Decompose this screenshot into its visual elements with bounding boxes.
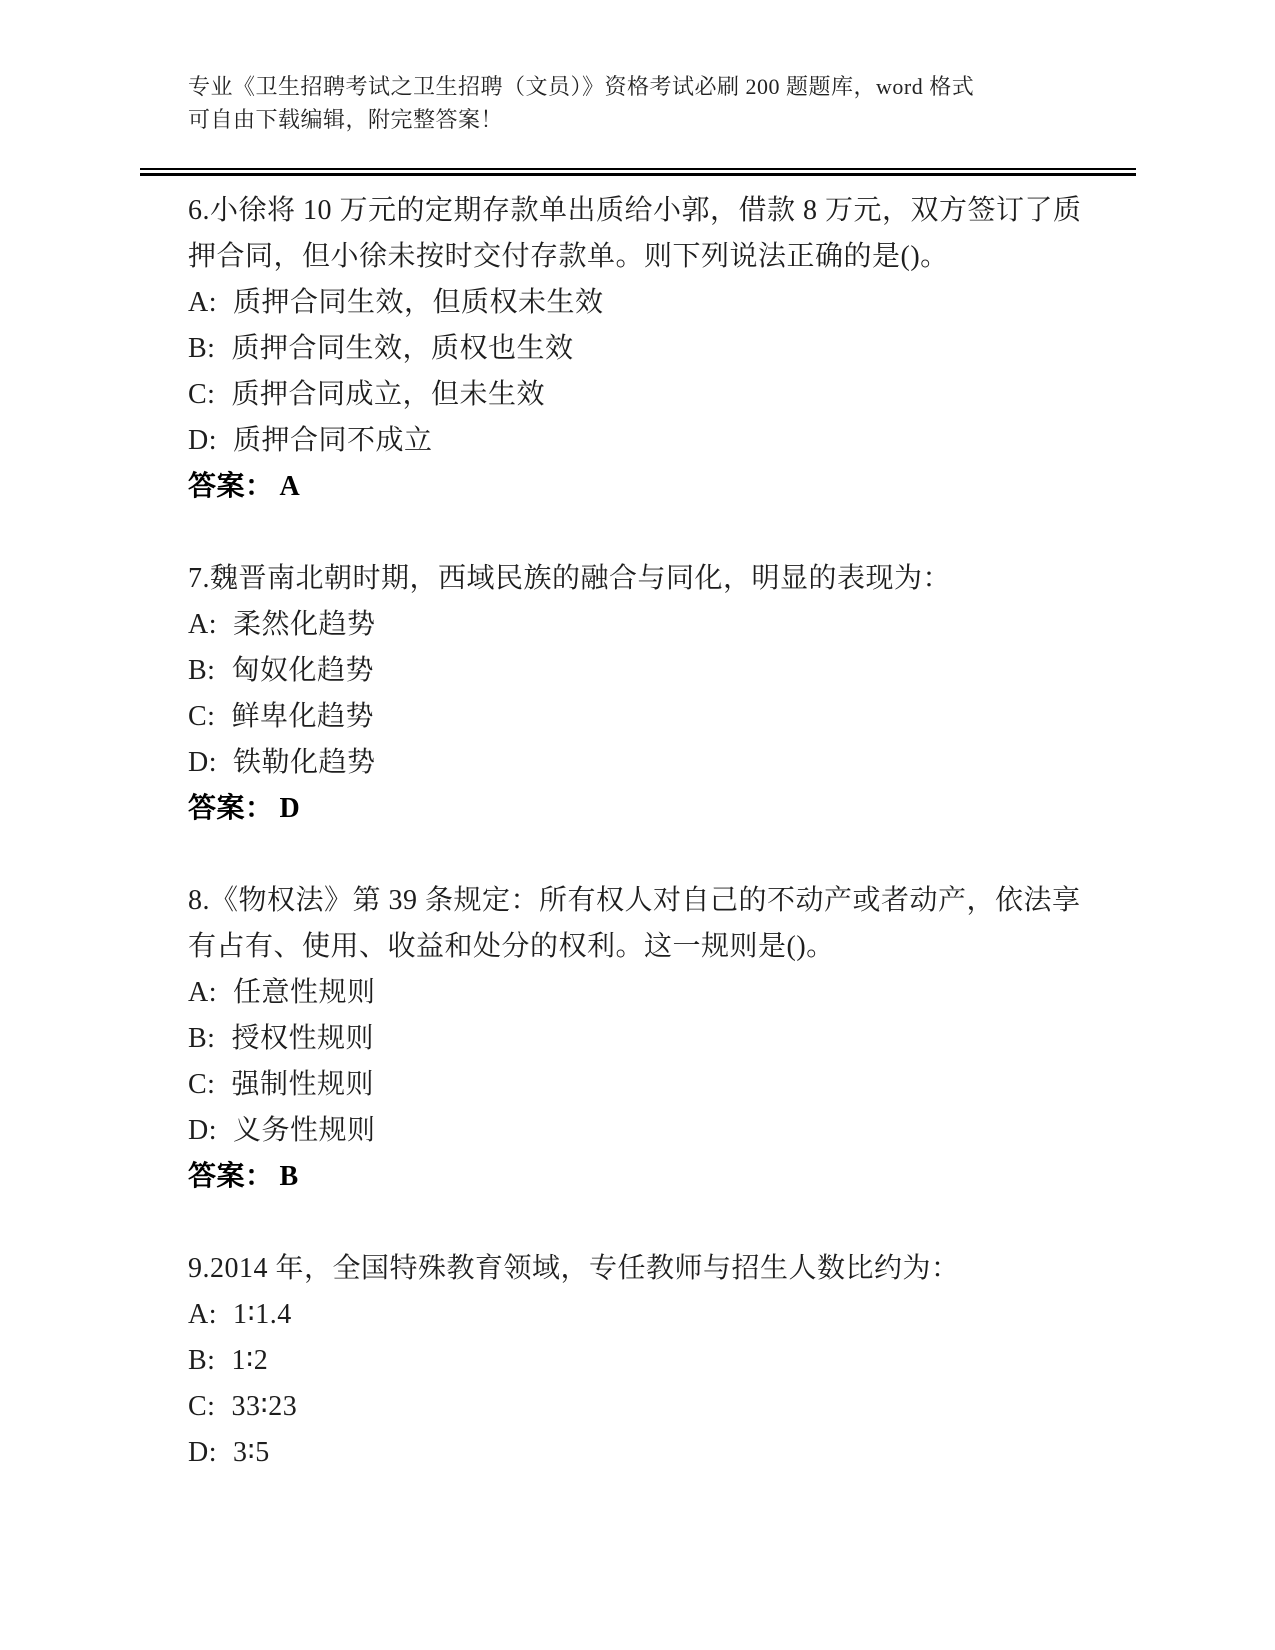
header-line-1: 专业《卫生招聘考试之卫生招聘（文员）》资格考试必刷 200 题题库，word 格…: [188, 70, 1088, 103]
option-label: A:: [188, 1292, 217, 1338]
option-label: A:: [188, 970, 217, 1016]
option-label: A:: [188, 280, 217, 326]
answer-label: 答案：: [188, 793, 274, 824]
double-rule-divider: [140, 168, 1136, 176]
option-text: 1∶2: [231, 1345, 268, 1376]
question-block-8: 8.《物权法》第 39 条规定：所有权人对自己的不动产或者动产，依法享有占有、使…: [188, 878, 1108, 1200]
document-page: 专业《卫生招聘考试之卫生招聘（文员）》资格考试必刷 200 题题库，word 格…: [0, 0, 1275, 1650]
question-title: 7.魏晋南北朝时期，西域民族的融合与同化，明显的表现为：: [188, 556, 1108, 602]
answer-line: 答案：A: [188, 464, 1108, 510]
option-text: 质押合同生效，质权也生效: [231, 333, 573, 364]
answer-line: 答案：B: [188, 1154, 1108, 1200]
option-row: B:质押合同生效，质权也生效: [188, 326, 1108, 372]
option-label: C:: [188, 694, 215, 740]
answer-label: 答案：: [188, 1161, 274, 1192]
option-text: 任意性规则: [233, 977, 376, 1008]
option-text: 授权性规则: [231, 1023, 374, 1054]
answer-value: A: [280, 471, 301, 502]
option-row: A:柔然化趋势: [188, 602, 1108, 648]
option-text: 质押合同生效，但质权未生效: [233, 287, 604, 318]
option-text: 3∶5: [233, 1437, 270, 1468]
option-label: B:: [188, 1016, 215, 1062]
option-label: B:: [188, 326, 215, 372]
option-row: A:质押合同生效，但质权未生效: [188, 280, 1108, 326]
questions-area: 6.小徐将 10 万元的定期存款单出质给小郭，借款 8 万元，双方签订了质押合同…: [188, 188, 1108, 1522]
option-row: C:33∶23: [188, 1384, 1108, 1430]
option-label: A:: [188, 602, 217, 648]
option-label: D:: [188, 418, 217, 464]
question-block-9: 9.2014 年，全国特殊教育领域，专任教师与招生人数比约为： A:1∶1.4 …: [188, 1246, 1108, 1476]
option-row: D:义务性规则: [188, 1108, 1108, 1154]
option-row: C:鲜卑化趋势: [188, 694, 1108, 740]
option-row: B:授权性规则: [188, 1016, 1108, 1062]
document-header: 专业《卫生招聘考试之卫生招聘（文员）》资格考试必刷 200 题题库，word 格…: [188, 70, 1088, 136]
option-label: B:: [188, 648, 215, 694]
option-row: D:质押合同不成立: [188, 418, 1108, 464]
question-title: 9.2014 年，全国特殊教育领域，专任教师与招生人数比约为：: [188, 1246, 1108, 1292]
header-line-2: 可自由下载编辑，附完整答案！: [188, 103, 1088, 136]
option-row: B:1∶2: [188, 1338, 1108, 1384]
option-text: 1∶1.4: [233, 1299, 292, 1330]
option-text: 质押合同成立，但未生效: [231, 379, 545, 410]
option-row: B:匈奴化趋势: [188, 648, 1108, 694]
question-block-6: 6.小徐将 10 万元的定期存款单出质给小郭，借款 8 万元，双方签订了质押合同…: [188, 188, 1108, 510]
answer-line: 答案：D: [188, 786, 1108, 832]
question-title: 6.小徐将 10 万元的定期存款单出质给小郭，借款 8 万元，双方签订了质押合同…: [188, 188, 1108, 280]
option-label: D:: [188, 740, 217, 786]
option-row: A:任意性规则: [188, 970, 1108, 1016]
option-text: 鲜卑化趋势: [231, 701, 374, 732]
option-text: 33∶23: [231, 1391, 297, 1422]
option-text: 质押合同不成立: [233, 425, 433, 456]
answer-label: 答案：: [188, 471, 274, 502]
option-text: 柔然化趋势: [233, 609, 376, 640]
question-block-7: 7.魏晋南北朝时期，西域民族的融合与同化，明显的表现为： A:柔然化趋势 B:匈…: [188, 556, 1108, 832]
option-row: C:质押合同成立，但未生效: [188, 372, 1108, 418]
option-text: 铁勒化趋势: [233, 747, 376, 778]
option-row: A:1∶1.4: [188, 1292, 1108, 1338]
answer-value: D: [280, 793, 301, 824]
option-label: D:: [188, 1430, 217, 1476]
option-row: C:强制性规则: [188, 1062, 1108, 1108]
option-label: C:: [188, 1062, 215, 1108]
option-row: D:铁勒化趋势: [188, 740, 1108, 786]
option-text: 义务性规则: [233, 1115, 376, 1146]
option-row: D:3∶5: [188, 1430, 1108, 1476]
answer-value: B: [280, 1161, 299, 1192]
option-text: 匈奴化趋势: [231, 655, 374, 686]
question-title: 8.《物权法》第 39 条规定：所有权人对自己的不动产或者动产，依法享有占有、使…: [188, 878, 1108, 970]
option-label: C:: [188, 372, 215, 418]
option-label: D:: [188, 1108, 217, 1154]
option-label: C:: [188, 1384, 215, 1430]
option-label: B:: [188, 1338, 215, 1384]
option-text: 强制性规则: [231, 1069, 374, 1100]
